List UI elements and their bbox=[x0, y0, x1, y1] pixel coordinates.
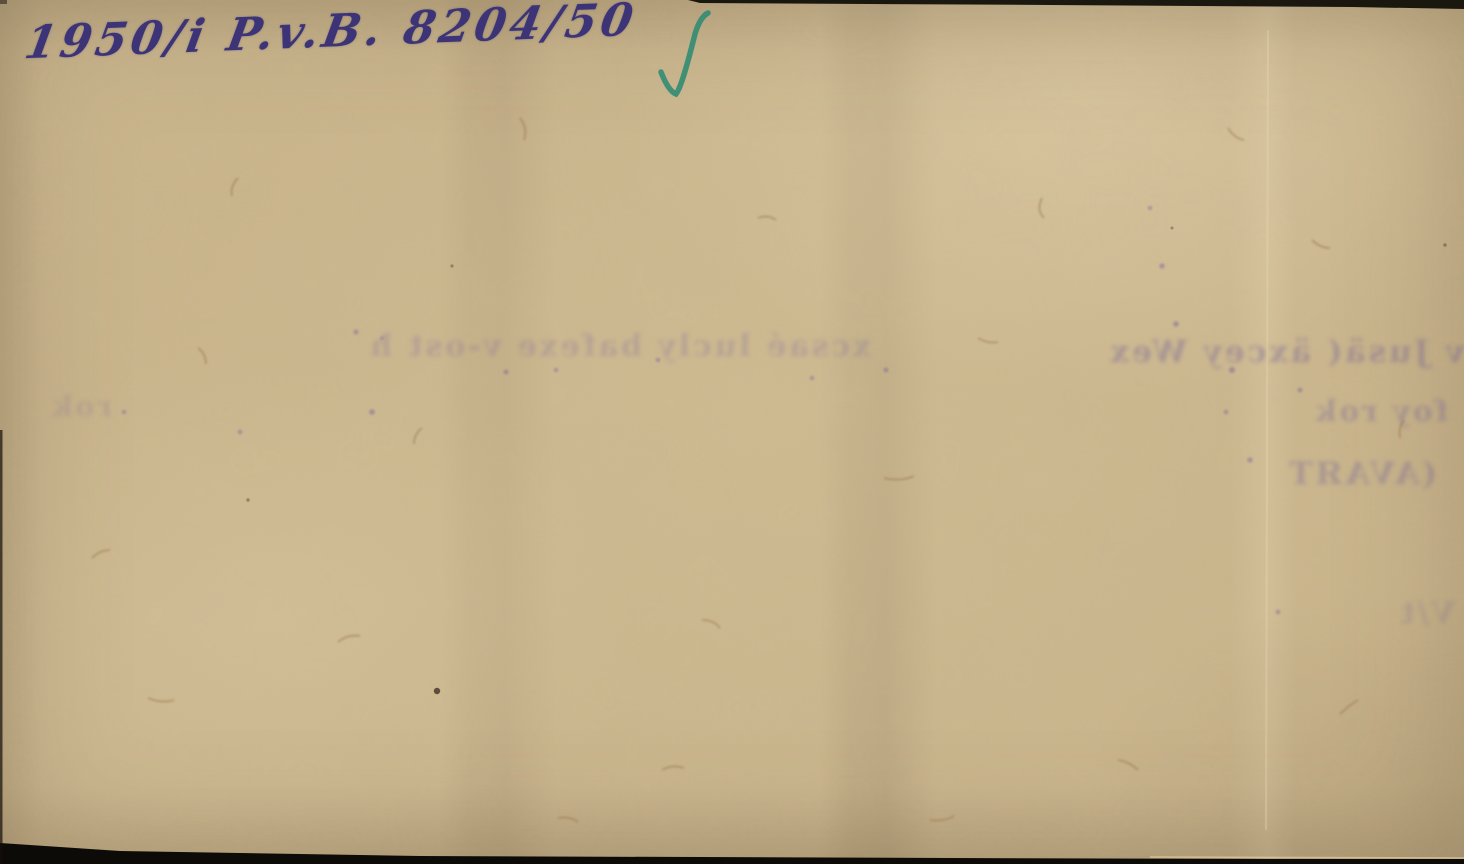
ghost-text-right-line3: (AVAЯT bbox=[1222, 456, 1437, 492]
ghost-text-bottom-right: V/t bbox=[1295, 596, 1455, 631]
ghost-text-left-edge: rok bbox=[0, 390, 112, 423]
ghost-text-center-band: xcsaé lucly bafexe v-ost h bbox=[330, 329, 908, 364]
ghost-text-right-line1: v Jusä( äxcey Wex bbox=[1088, 334, 1464, 370]
paper-surface bbox=[0, 0, 1464, 864]
ghost-text-right-line2: foy rok bbox=[1238, 394, 1448, 428]
scanned-archival-card: 1950/i P.v.B. 8204/50 xcsaé lucly bafexe… bbox=[0, 0, 1464, 864]
